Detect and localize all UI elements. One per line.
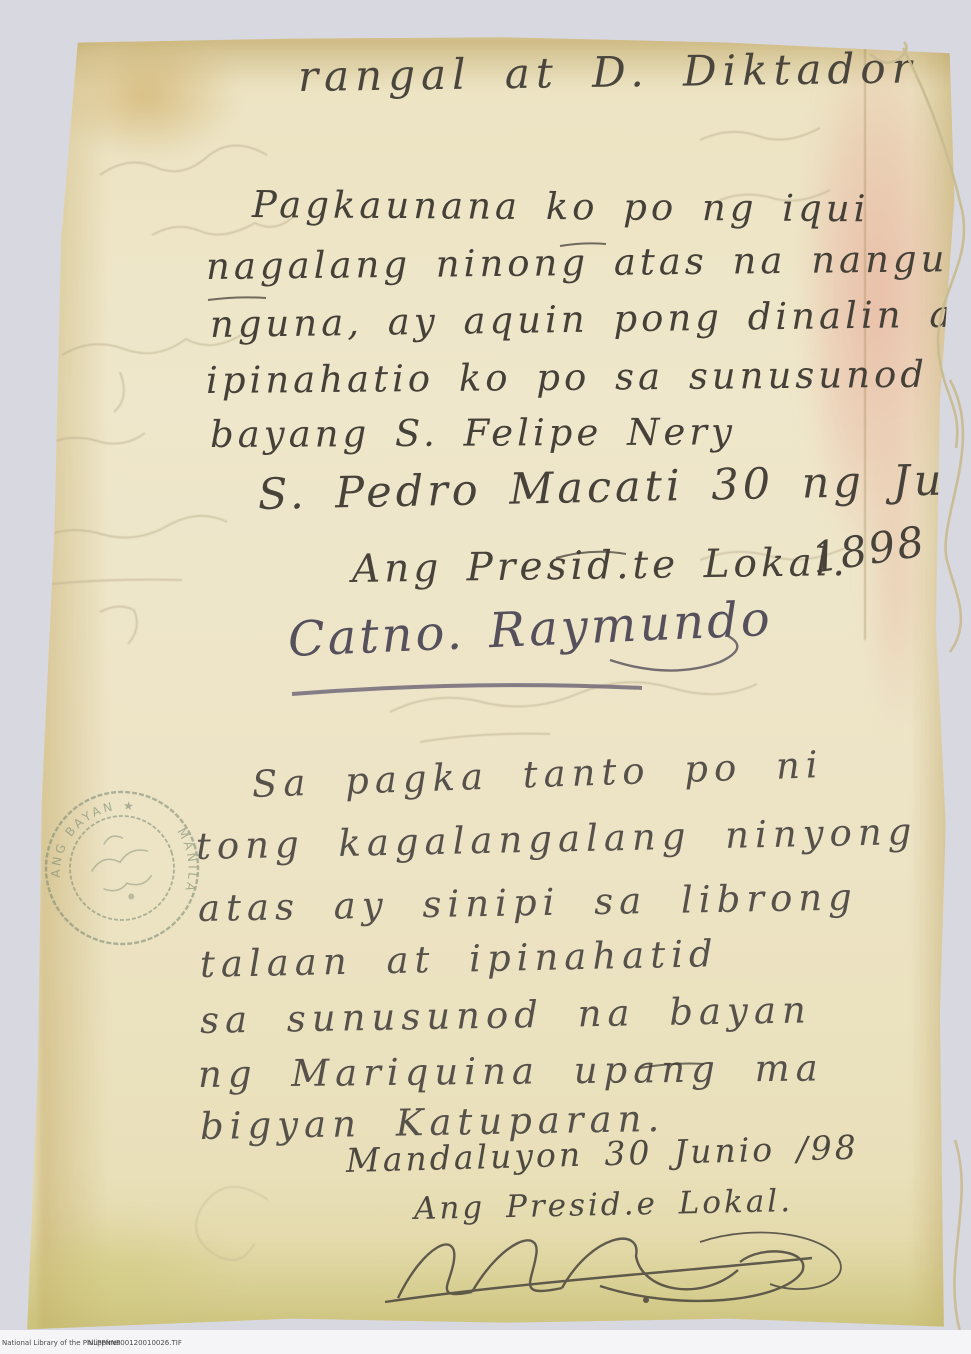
scanned-document-canvas: ANG BAYAN ★ MANILA rangal at D. Diktador… [0,0,971,1354]
file-id-label: NLPPNNP00120010026.TIF [88,1339,182,1347]
binding-thread [0,0,971,1354]
scan-footer-bar: National Library of the Philippines NLPP… [0,1330,971,1354]
